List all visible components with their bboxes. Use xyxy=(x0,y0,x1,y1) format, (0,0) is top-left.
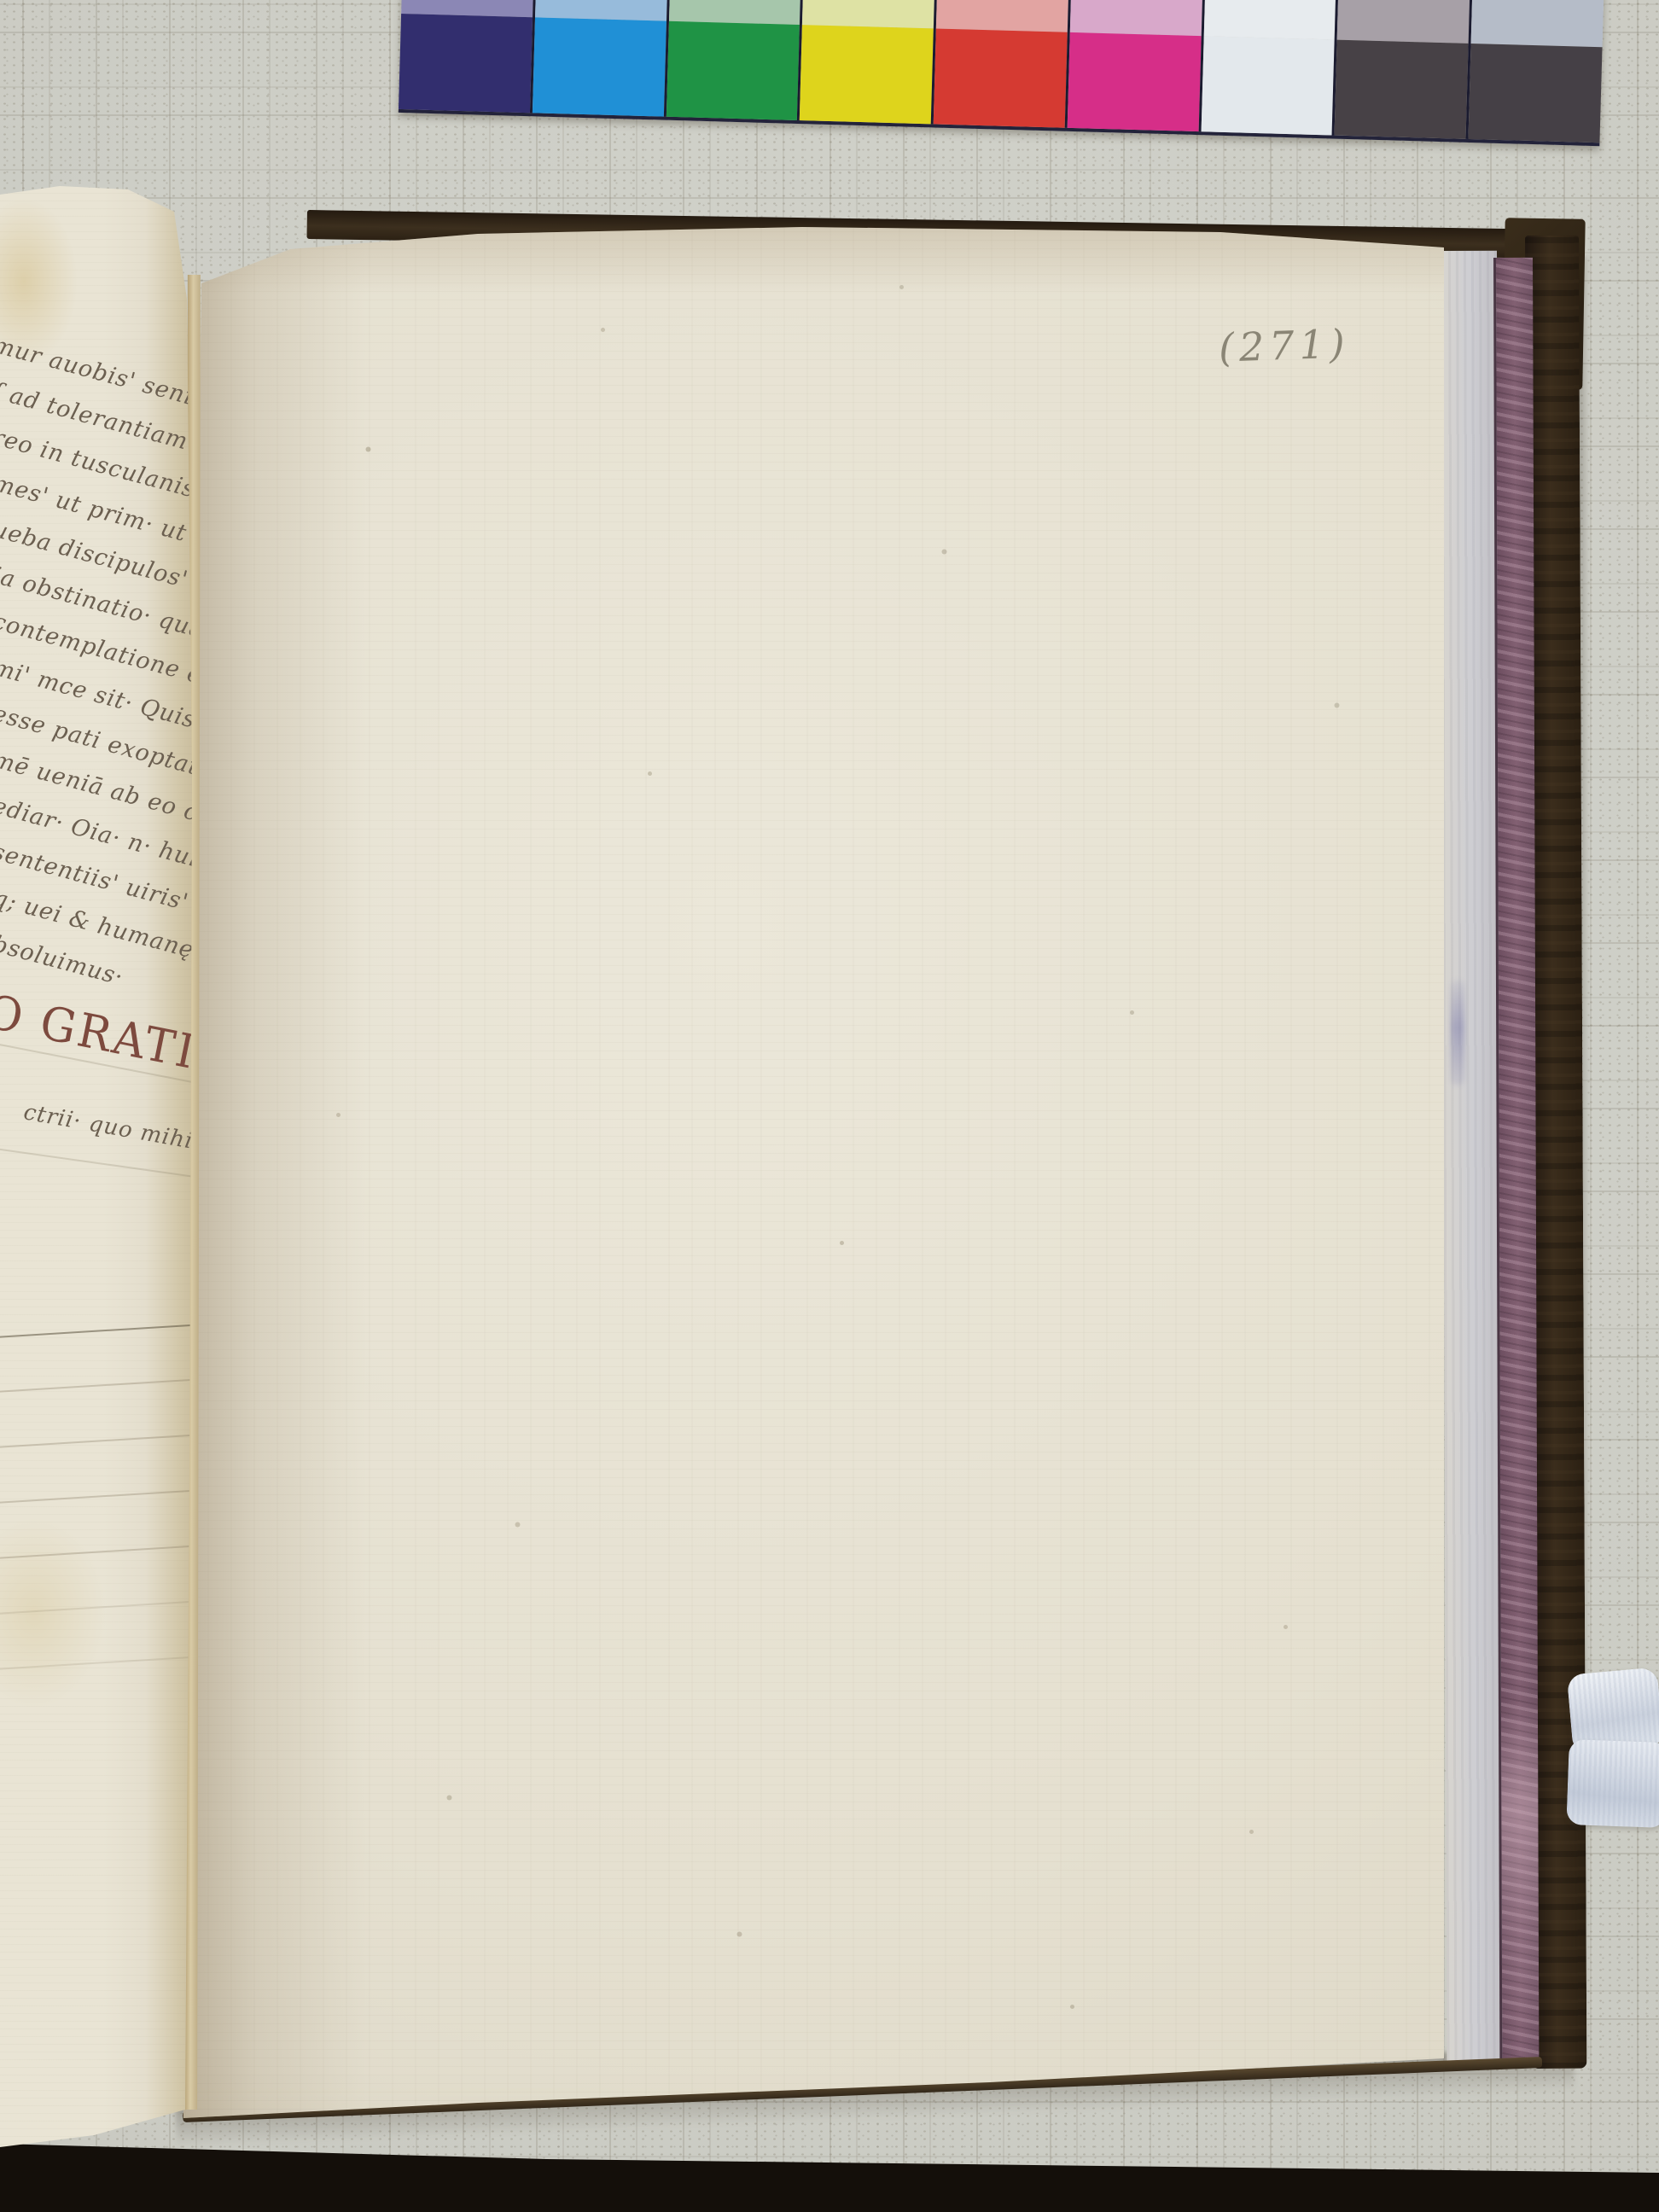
swatch-white-solid xyxy=(1201,36,1335,135)
swatch-green xyxy=(663,0,801,120)
swatch-yellow xyxy=(797,0,935,124)
swatch-blue xyxy=(530,0,668,117)
ruling-line xyxy=(0,1324,191,1338)
blank-recto-page: (271) xyxy=(0,0,1659,2212)
swatch-magenta xyxy=(1065,0,1203,131)
ruling-line xyxy=(0,1379,191,1393)
swatch-red-tint xyxy=(936,0,1069,32)
manuscript-verso-page: bsoluimus·q; uei & humanę· quem demumsen… xyxy=(0,179,210,2152)
swatch-gray-tint xyxy=(1337,0,1470,44)
swatch-blue-violet-solid xyxy=(399,14,533,113)
folio-number: (271) xyxy=(1218,320,1350,370)
cloth-tape xyxy=(1558,1667,1659,1879)
swatch-white-tint xyxy=(1203,0,1336,40)
swatch-blue-violet xyxy=(399,0,534,113)
swatch-gray-solid xyxy=(1335,40,1469,139)
ruling-line xyxy=(0,1601,191,1615)
swatch-white xyxy=(1198,0,1336,135)
ruling-line xyxy=(0,1545,191,1559)
swatch-slate-gray-tint xyxy=(1471,0,1604,47)
cloth-tape-lower xyxy=(1566,1739,1659,1828)
swatch-yellow-tint xyxy=(802,0,935,28)
swatch-blue-solid xyxy=(533,17,667,116)
ruling-line xyxy=(0,1435,191,1448)
swatch-green-solid xyxy=(666,21,800,120)
photo-stage: (271) bsoluimus·q; uei & humanę· quem de… xyxy=(0,0,1659,2212)
ruling-line xyxy=(0,1148,194,1178)
marbled-fore-edge xyxy=(1493,258,1539,2062)
ruling-line xyxy=(0,1656,191,1670)
swatch-red-solid xyxy=(934,28,1068,127)
swatch-magenta-solid xyxy=(1068,32,1202,131)
swatch-red xyxy=(931,0,1069,128)
swatch-slate-gray xyxy=(1466,0,1604,143)
swatch-magenta-tint xyxy=(1070,0,1203,36)
swatch-gray xyxy=(1332,0,1470,139)
swatch-slate-gray-solid xyxy=(1469,44,1603,143)
swatch-yellow-solid xyxy=(800,25,934,124)
ink-smudge xyxy=(1451,980,1464,1086)
ruling-line xyxy=(0,1490,191,1504)
